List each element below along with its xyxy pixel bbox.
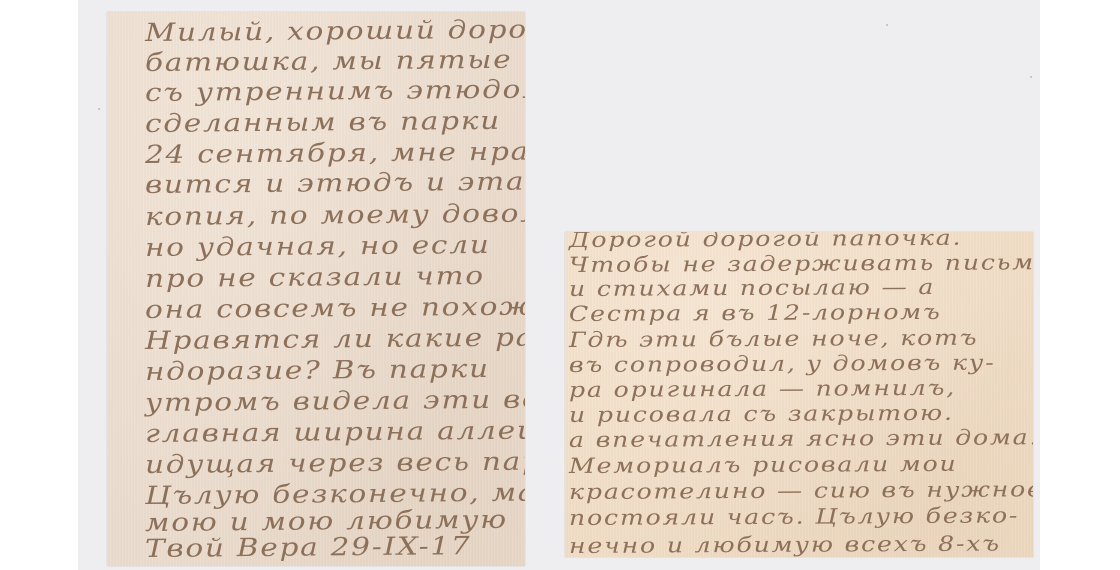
handwritten-line: батюшка, мы пятые	[145, 45, 513, 77]
handwritten-line: но удачная, но если	[145, 230, 491, 262]
letter-page-right: Дорогой дорогой папочка. Чтобы не задерж…	[565, 232, 1033, 557]
handwritten-line: Сестра я въ 12-лорномъ	[569, 300, 942, 326]
handwritten-line: про не сказали что	[145, 261, 485, 293]
handwritten-line: вится и этюдъ и эта	[145, 167, 525, 199]
letter-page-left: Милый, хороший дорогой батюшка, мы пятые…	[107, 12, 525, 566]
handwritten-line-cutoff: нечно и любимую всехъ 8-хъ	[569, 531, 1001, 557]
handwritten-line: ра оригинала — помнилъ,	[569, 376, 956, 402]
handwritten-line: ндоразие? Въ парки	[145, 354, 490, 386]
handwritten-line: и рисовала съ закрытою.	[569, 401, 954, 427]
handwritten-line: Милый, хороший дорогой	[145, 14, 525, 47]
handwritten-line: сделанным въ парки	[145, 106, 501, 138]
signature-date-line: Твой Вера 29-IX-17	[145, 531, 472, 563]
scan-canvas: Милый, хороший дорогой батюшка, мы пятые…	[0, 0, 1120, 570]
dust-speck	[886, 24, 888, 26]
handwritten-line: съ утреннимъ этюдомъ	[145, 74, 525, 107]
handwritten-line: копия, по моему довольно	[145, 198, 525, 231]
handwritten-line: утромъ видела эти вещи	[145, 384, 525, 417]
handwritten-line: 24 сентября, мне нра-	[145, 136, 525, 169]
handwritten-line: Гдѣ эти бълые ноче, котъ	[569, 326, 979, 352]
handwritten-line: идущая через весь парк	[145, 446, 525, 479]
handwritten-line: Чтобы не задерживать письма	[569, 250, 1033, 277]
dust-speck	[98, 108, 100, 110]
handwritten-line: въ сопроводил, у домовъ ку-	[569, 351, 996, 377]
handwritten-line: красотелино — сию въ нужное	[569, 477, 1033, 504]
handwritten-line: Мемориалъ рисовали мои	[569, 452, 958, 478]
dust-speck	[1030, 76, 1032, 78]
handwritten-line: Нравятся ли какие ра-	[145, 322, 525, 355]
handwritten-line: Дорогой дорогой папочка.	[569, 232, 963, 252]
handwritten-line: она совсемъ не похожа	[145, 291, 525, 324]
handwritten-line: и стихами посылаю — а	[569, 275, 935, 301]
handwritten-line: главная ширина аллеи	[145, 416, 525, 448]
handwritten-line: а впечатления ясно эти дома.	[569, 425, 1033, 452]
handwritten-line: постояли часъ. Цълую безко-	[569, 503, 1019, 530]
